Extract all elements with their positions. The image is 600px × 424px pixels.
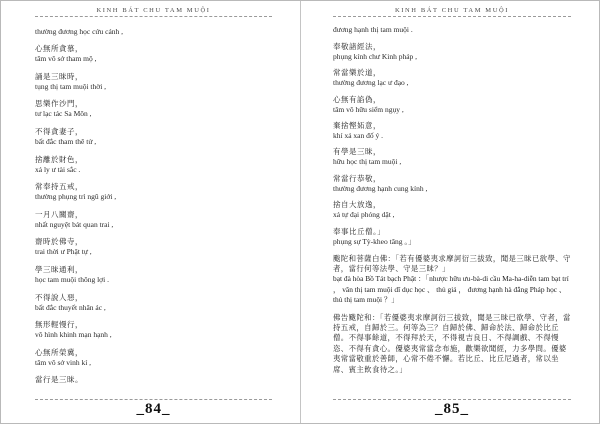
chinese-line: 學三昧通利，: [35, 265, 272, 275]
page-left: KINH BÁT CHU TAM MUỘI thường đương học c…: [1, 1, 300, 423]
header-rule: [35, 16, 272, 17]
viet-line: bất đắc thuyết nhân ác ,: [35, 303, 272, 313]
verse-pair: 捨自大放逸，xả tự đại phóng dật ,: [333, 200, 571, 220]
viet-line: đương hạnh thị tam muội .: [333, 25, 571, 35]
chinese-line: 常當行恭敬，: [333, 174, 571, 184]
chinese-line: 思樂作沙門，: [35, 99, 272, 109]
viet-line: hữu học thị tam muội ,: [333, 157, 571, 167]
viet-line: thường đương học cứu cánh ,: [35, 27, 272, 37]
chinese-line: 心無所貪慕，: [35, 44, 272, 54]
viet-line: tư lạc tác Sa Môn ,: [35, 109, 272, 119]
verse-pair: 當行是三昧。: [35, 375, 272, 385]
footer-rule: [35, 399, 272, 400]
verse-pair: 奉敬諸經法，phụng kính chư Kinh pháp ,: [333, 42, 571, 62]
left-header: KINH BÁT CHU TAM MUỘI: [35, 7, 272, 17]
chinese-line: 捨自大放逸，: [333, 200, 571, 210]
viet-line: phụng kính chư Kinh pháp ,: [333, 52, 571, 62]
header-rule: [333, 16, 571, 17]
chinese-line: 當行是三昧。: [35, 375, 272, 385]
page-right: KINH BÁT CHU TAM MUỘI đương hạnh thị tam…: [300, 1, 599, 423]
viet-line: xả ly ư tài sắc .: [35, 165, 272, 175]
verse-pair: 奉事比丘僧。」phụng sự Tỳ-kheo tăng 。」: [333, 227, 571, 247]
verse-pair: 常當行恭敬，thường đương hạnh cung kính ,: [333, 174, 571, 194]
chinese-line: 常當樂於道，: [333, 68, 571, 78]
viet-line: bất đắc tham thê tử ,: [35, 137, 272, 147]
right-header: KINH BÁT CHU TAM MUỘI: [333, 7, 571, 17]
chinese-line: 常奉持五戒，: [35, 182, 272, 192]
footer-rule: [333, 399, 571, 400]
viet-line: học tam muội thông lợi .: [35, 275, 272, 285]
book-spread: KINH BÁT CHU TAM MUỘI thường đương học c…: [0, 0, 600, 424]
verse-pair: 常奉持五戒，thường phụng trì ngũ giới ,: [35, 182, 272, 202]
verse-pair: 棄捨慳妬意，khí xả xan đố ý .: [333, 121, 571, 141]
chinese-line: 棄捨慳妬意，: [333, 121, 571, 131]
chinese-line: 有學是三昧，: [333, 147, 571, 157]
viet-line: thường đương lạc ư đạo ,: [333, 78, 571, 88]
viet-line: phụng sự Tỳ-kheo tăng 。」: [333, 237, 571, 247]
chinese-line: 心無有諂偽，: [333, 95, 571, 105]
viet-line: xả tự đại phóng dật ,: [333, 210, 571, 220]
chinese-line: 奉事比丘僧。」: [333, 227, 571, 237]
viet-line: khí xả xan đố ý .: [333, 131, 571, 141]
viet-line: tâm vô hữu siểm ngụy ,: [333, 105, 571, 115]
verse-pair: 心無所榮冀，tâm vô sở vinh kí ,: [35, 348, 272, 368]
verse-pair: 心無有諂偽，tâm vô hữu siểm ngụy ,: [333, 95, 571, 115]
verse-pair: thường đương học cứu cánh ,: [35, 27, 272, 37]
viet-line: tụng thị tam muội thời ,: [35, 82, 272, 92]
chinese-line: 不得貪妻子，: [35, 127, 272, 137]
verse-pair: 常當樂於道，thường đương lạc ư đạo ,: [333, 68, 571, 88]
viet-line: tâm vô sở vinh kí ,: [35, 358, 272, 368]
chinese-line: 誦是三昧時，: [35, 72, 272, 82]
verse-pair: 不得貪妻子，bất đắc tham thê tử ,: [35, 127, 272, 147]
viet-paragraph: bạt đà hòa Bồ Tát bạch Phật ：「nhược hữu …: [333, 274, 571, 305]
verse-pair: 不得說人惡，bất đắc thuyết nhân ác ,: [35, 293, 272, 313]
verse-pair: 無形輕慢行，vô hình khinh mạn hạnh ,: [35, 320, 272, 340]
viet-line: thường phụng trì ngũ giới ,: [35, 192, 272, 202]
verse-pair: 思樂作沙門，tư lạc tác Sa Môn ,: [35, 99, 272, 119]
chinese-line: 一月八關齋，: [35, 210, 272, 220]
chinese-line: 無形輕慢行，: [35, 320, 272, 330]
verse-pair: 心無所貪慕，tâm vô sở tham mộ ,: [35, 44, 272, 64]
page-number-right: _85_: [333, 401, 571, 418]
chinese-line: 不得說人惡，: [35, 293, 272, 303]
viet-line: vô hình khinh mạn hạnh ,: [35, 330, 272, 340]
running-head: KINH BÁT CHU TAM MUỘI: [35, 7, 272, 14]
verse-pair: 誦是三昧時，tụng thị tam muội thời ,: [35, 72, 272, 92]
chinese-paragraph: 佛告颰陀和：「若優婆夷求摩訶衍三拔致，聞是三昧已欲學、守者，當持五戒，自歸於三。…: [333, 313, 571, 375]
verse-pair: đương hạnh thị tam muội .: [333, 25, 571, 35]
right-text-block: đương hạnh thị tam muội .奉敬諸經法，phụng kín…: [333, 19, 571, 399]
chinese-line: 奉敬諸經法，: [333, 42, 571, 52]
verse-pair: 一月八關齋，nhất nguyệt bát quan trai ,: [35, 210, 272, 230]
right-footer: _85_: [333, 399, 571, 418]
verse-pair: 捨離於財色，xả ly ư tài sắc .: [35, 155, 272, 175]
chinese-line: 捨離於財色，: [35, 155, 272, 165]
verse-pair: 學三昧通利，học tam muội thông lợi .: [35, 265, 272, 285]
left-text-block: thường đương học cứu cánh ,心無所貪慕，tâm vô …: [35, 19, 272, 399]
chinese-paragraph: 颰陀和菩薩白佛：「若有優婆夷求摩訶衍三拔致，聞是三昧已欲學、守者，當行何等法學、…: [333, 254, 571, 275]
paragraph: 颰陀和菩薩白佛：「若有優婆夷求摩訶衍三拔致，聞是三昧已欲學、守者，當行何等法學、…: [333, 254, 571, 306]
left-footer: _84_: [35, 399, 272, 418]
verse-pair: 有學是三昧，hữu học thị tam muội ,: [333, 147, 571, 167]
paragraph: 佛告颰陀和：「若優婆夷求摩訶衍三拔致，聞是三昧已欲學、守者，當持五戒，自歸於三。…: [333, 313, 571, 375]
chinese-line: 齋時於佛寺，: [35, 237, 272, 247]
chinese-line: 心無所榮冀，: [35, 348, 272, 358]
verse-pair: 齋時於佛寺，trai thời ư Phật tự ,: [35, 237, 272, 257]
running-head: KINH BÁT CHU TAM MUỘI: [333, 7, 571, 14]
viet-line: trai thời ư Phật tự ,: [35, 247, 272, 257]
viet-line: thường đương hạnh cung kính ,: [333, 184, 571, 194]
viet-line: tâm vô sở tham mộ ,: [35, 54, 272, 64]
page-number-left: _84_: [35, 401, 272, 418]
viet-line: nhất nguyệt bát quan trai ,: [35, 220, 272, 230]
